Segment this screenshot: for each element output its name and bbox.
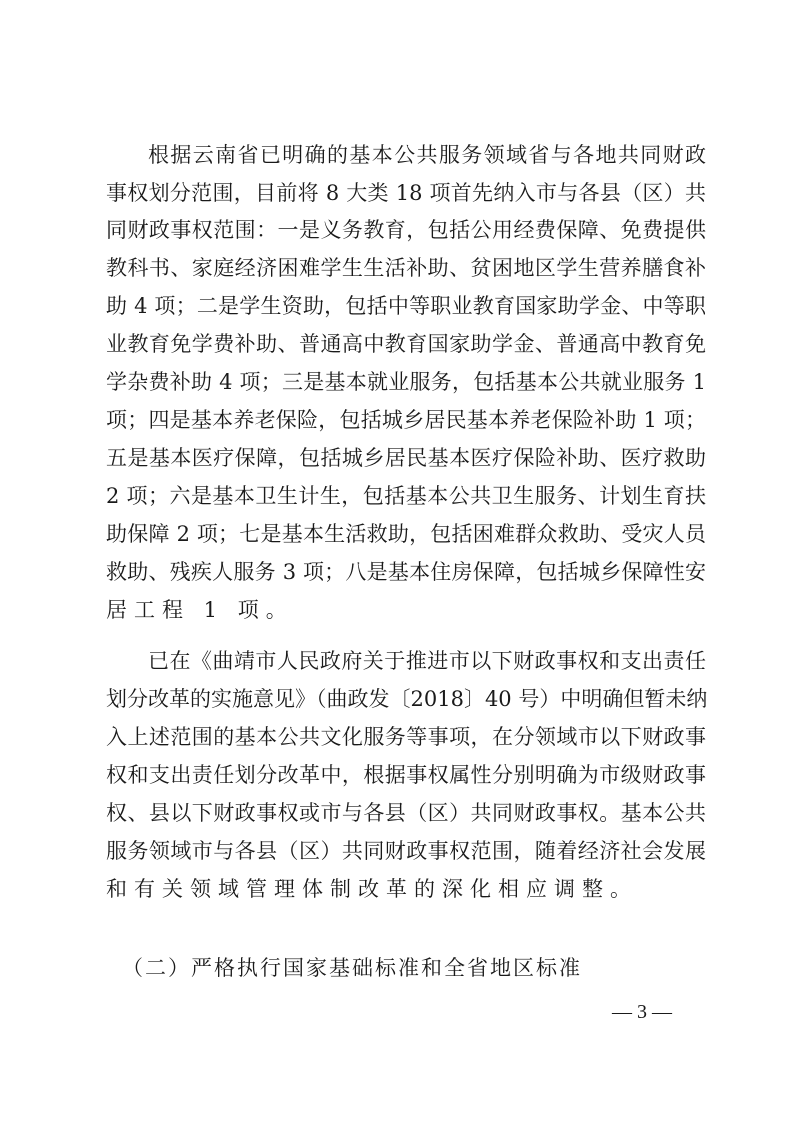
paragraph-1-line-6: 业教育免学费补助、普通高中教育国家助学金、普通高中教育免 [106, 329, 706, 359]
paragraph-1-line-10: 2 项；六是基本卫生计生，包括基本公共卫生服务、计划生育扶 [106, 481, 706, 511]
paragraph-1-line-4: 教科书、家庭经济困难学生生活补助、贫困地区学生营养膳食补 [106, 253, 706, 283]
paragraph-1-line-12: 救助、残疾人服务 3 项；八是基本住房保障，包括城乡保障性安 [106, 557, 706, 587]
paragraph-2-line-4: 权和支出责任划分改革中，根据事权属性分别明确为市级财政事 [106, 760, 706, 790]
paragraph-2-line-5: 权、县以下财政事权或市与各县（区）共同财政事权。基本公共 [106, 798, 706, 828]
paragraph-2-line-7: 和有关领域管理体制改革的深化相应调整。 [106, 874, 706, 904]
paragraph-1-line-5: 助 4 项；二是学生资助，包括中等职业教育国家助学金、中等职 [106, 291, 706, 321]
paragraph-1-line-7: 学杂费补助 4 项；三是基本就业服务，包括基本公共就业服务 1 [106, 367, 706, 397]
paragraph-2-line-2: 划分改革的实施意见》（曲政发〔2018〕40 号）中明确但暂未纳 [106, 684, 706, 714]
paragraph-2-line-1: 已在《曲靖市人民政府关于推进市以下财政事权和支出责任 [148, 646, 706, 676]
paragraph-1-line-9: 五是基本医疗保障，包括城乡居民基本医疗保险补助、医疗救助 [106, 443, 706, 473]
paragraph-1-line-1: 根据云南省已明确的基本公共服务领域省与各地共同财政 [148, 140, 706, 170]
paragraph-2-line-6: 服务领域市与各县（区）共同财政事权范围，随着经济社会发展 [106, 836, 706, 866]
paragraph-1-line-13: 居工程 1 项。 [106, 595, 706, 625]
paragraph-2-line-3: 入上述范围的基本公共文化服务等事项，在分领域市以下财政事 [106, 722, 706, 752]
paragraph-1-line-8: 项；四是基本养老保险，包括城乡居民基本养老保险补助 1 项； [106, 405, 706, 435]
section-heading: （二）严格执行国家基础标准和全省地区标准 [122, 953, 582, 983]
page-number: — 3 — [612, 998, 672, 1026]
paragraph-1-line-2: 事权划分范围，目前将 8 大类 18 项首先纳入市与各县（区）共 [106, 178, 706, 208]
document-page: 根据云南省已明确的基本公共服务领域省与各地共同财政 事权划分范围，目前将 8 大… [0, 0, 800, 1131]
paragraph-1-line-3: 同财政事权范围：一是义务教育，包括公用经费保障、免费提供 [106, 215, 706, 245]
paragraph-1-line-11: 助保障 2 项；七是基本生活救助，包括困难群众救助、受灾人员 [106, 519, 706, 549]
